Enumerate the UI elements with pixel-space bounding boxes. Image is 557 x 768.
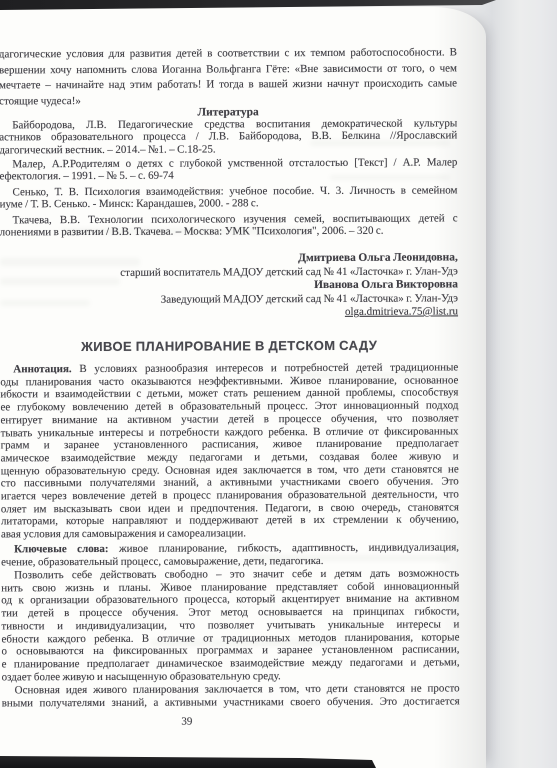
keywords-label: Ключевые слова: xyxy=(14,543,109,555)
reference-entry: Малер, А.Р.Родителям о детях с глубокой … xyxy=(0,156,457,183)
abstract-label: Аннотация. xyxy=(13,363,71,375)
text-line: дагогические условия для развития детей … xyxy=(0,45,457,63)
scanned-page: дагогические условия для развития детей … xyxy=(0,0,557,768)
text-line: ечение, образовательный процесс, самовыр… xyxy=(1,554,459,569)
text-line: иуме / Т. В. Сенько. - Минск: Карандашев… xyxy=(0,197,458,211)
text-line: вными получателями знаний, а активными у… xyxy=(2,695,460,710)
text-line: авая условия для самовыражения и самореа… xyxy=(1,527,459,542)
email-text: olga.dmitrieva.75@list.ru xyxy=(0,305,458,320)
abstract-block: Аннотация. В условиях разнообразия интер… xyxy=(0,361,459,541)
text-line: Малер, А.Р.Родителям о детях с глубокой … xyxy=(0,156,457,170)
closing-paragraph: дагогические условия для развития детей … xyxy=(0,45,457,109)
authors-block: Дмитриева Ольга Леонидовна, старший восп… xyxy=(0,251,458,320)
text-fragment: В условиях разнообразия интересов и потр… xyxy=(72,361,459,375)
reference-entry: Ткачева, В.В. Технологии психологическог… xyxy=(0,212,458,239)
reference-entry: Байбородова, Л.В. Педагогические средств… xyxy=(0,117,457,156)
page-number: 39 xyxy=(2,715,372,729)
text-fragment: живое планирование, гибкость, адаптивнос… xyxy=(109,541,460,555)
article-title: ЖИВОЕ ПЛАНИРОВАНИЕ В ДЕТСКОМ САДУ xyxy=(0,337,458,354)
text-line: Ткачева, В.В. Технологии психологическог… xyxy=(0,212,458,226)
text-line: ефектология. – 1991. – № 5. – с. 69-74 xyxy=(0,169,457,183)
text-line: оздает более живую и насыщенную образова… xyxy=(2,669,460,684)
text-line: дагогический вестник. – 2014.– №1. – С.1… xyxy=(0,142,457,156)
text-line: Ключевые слова: живое планирование, гибк… xyxy=(1,541,459,556)
reference-entry: Сенько, Т. В. Психология взаимодействия:… xyxy=(0,184,458,211)
author-name: Иванова Ольга Викторовна xyxy=(0,278,458,293)
text-line: Сенько, Т. В. Психология взаимодействия:… xyxy=(0,184,458,198)
page-text: дагогические условия для развития детей … xyxy=(0,0,460,768)
body-paragraph: Основная идея живого планирования заключ… xyxy=(2,682,460,709)
keywords-block: Ключевые слова: живое планирование, гибк… xyxy=(1,541,459,568)
text-line: е планирование предполагает динамическое… xyxy=(2,656,460,671)
author-name: Дмитриева Ольга Леонидовна, xyxy=(0,251,458,266)
text-line: мечтаете – начинайте над этим работать! … xyxy=(0,77,457,95)
text-line: литаторами, которые направляют и поддерж… xyxy=(1,514,459,529)
body-paragraph: Позволить себе действовать свободно – эт… xyxy=(1,567,459,683)
text-line: астников образовательного процесса / Л.В… xyxy=(0,130,457,144)
text-line: лонениями в развитии / В.В. Ткачева. – М… xyxy=(0,225,458,239)
